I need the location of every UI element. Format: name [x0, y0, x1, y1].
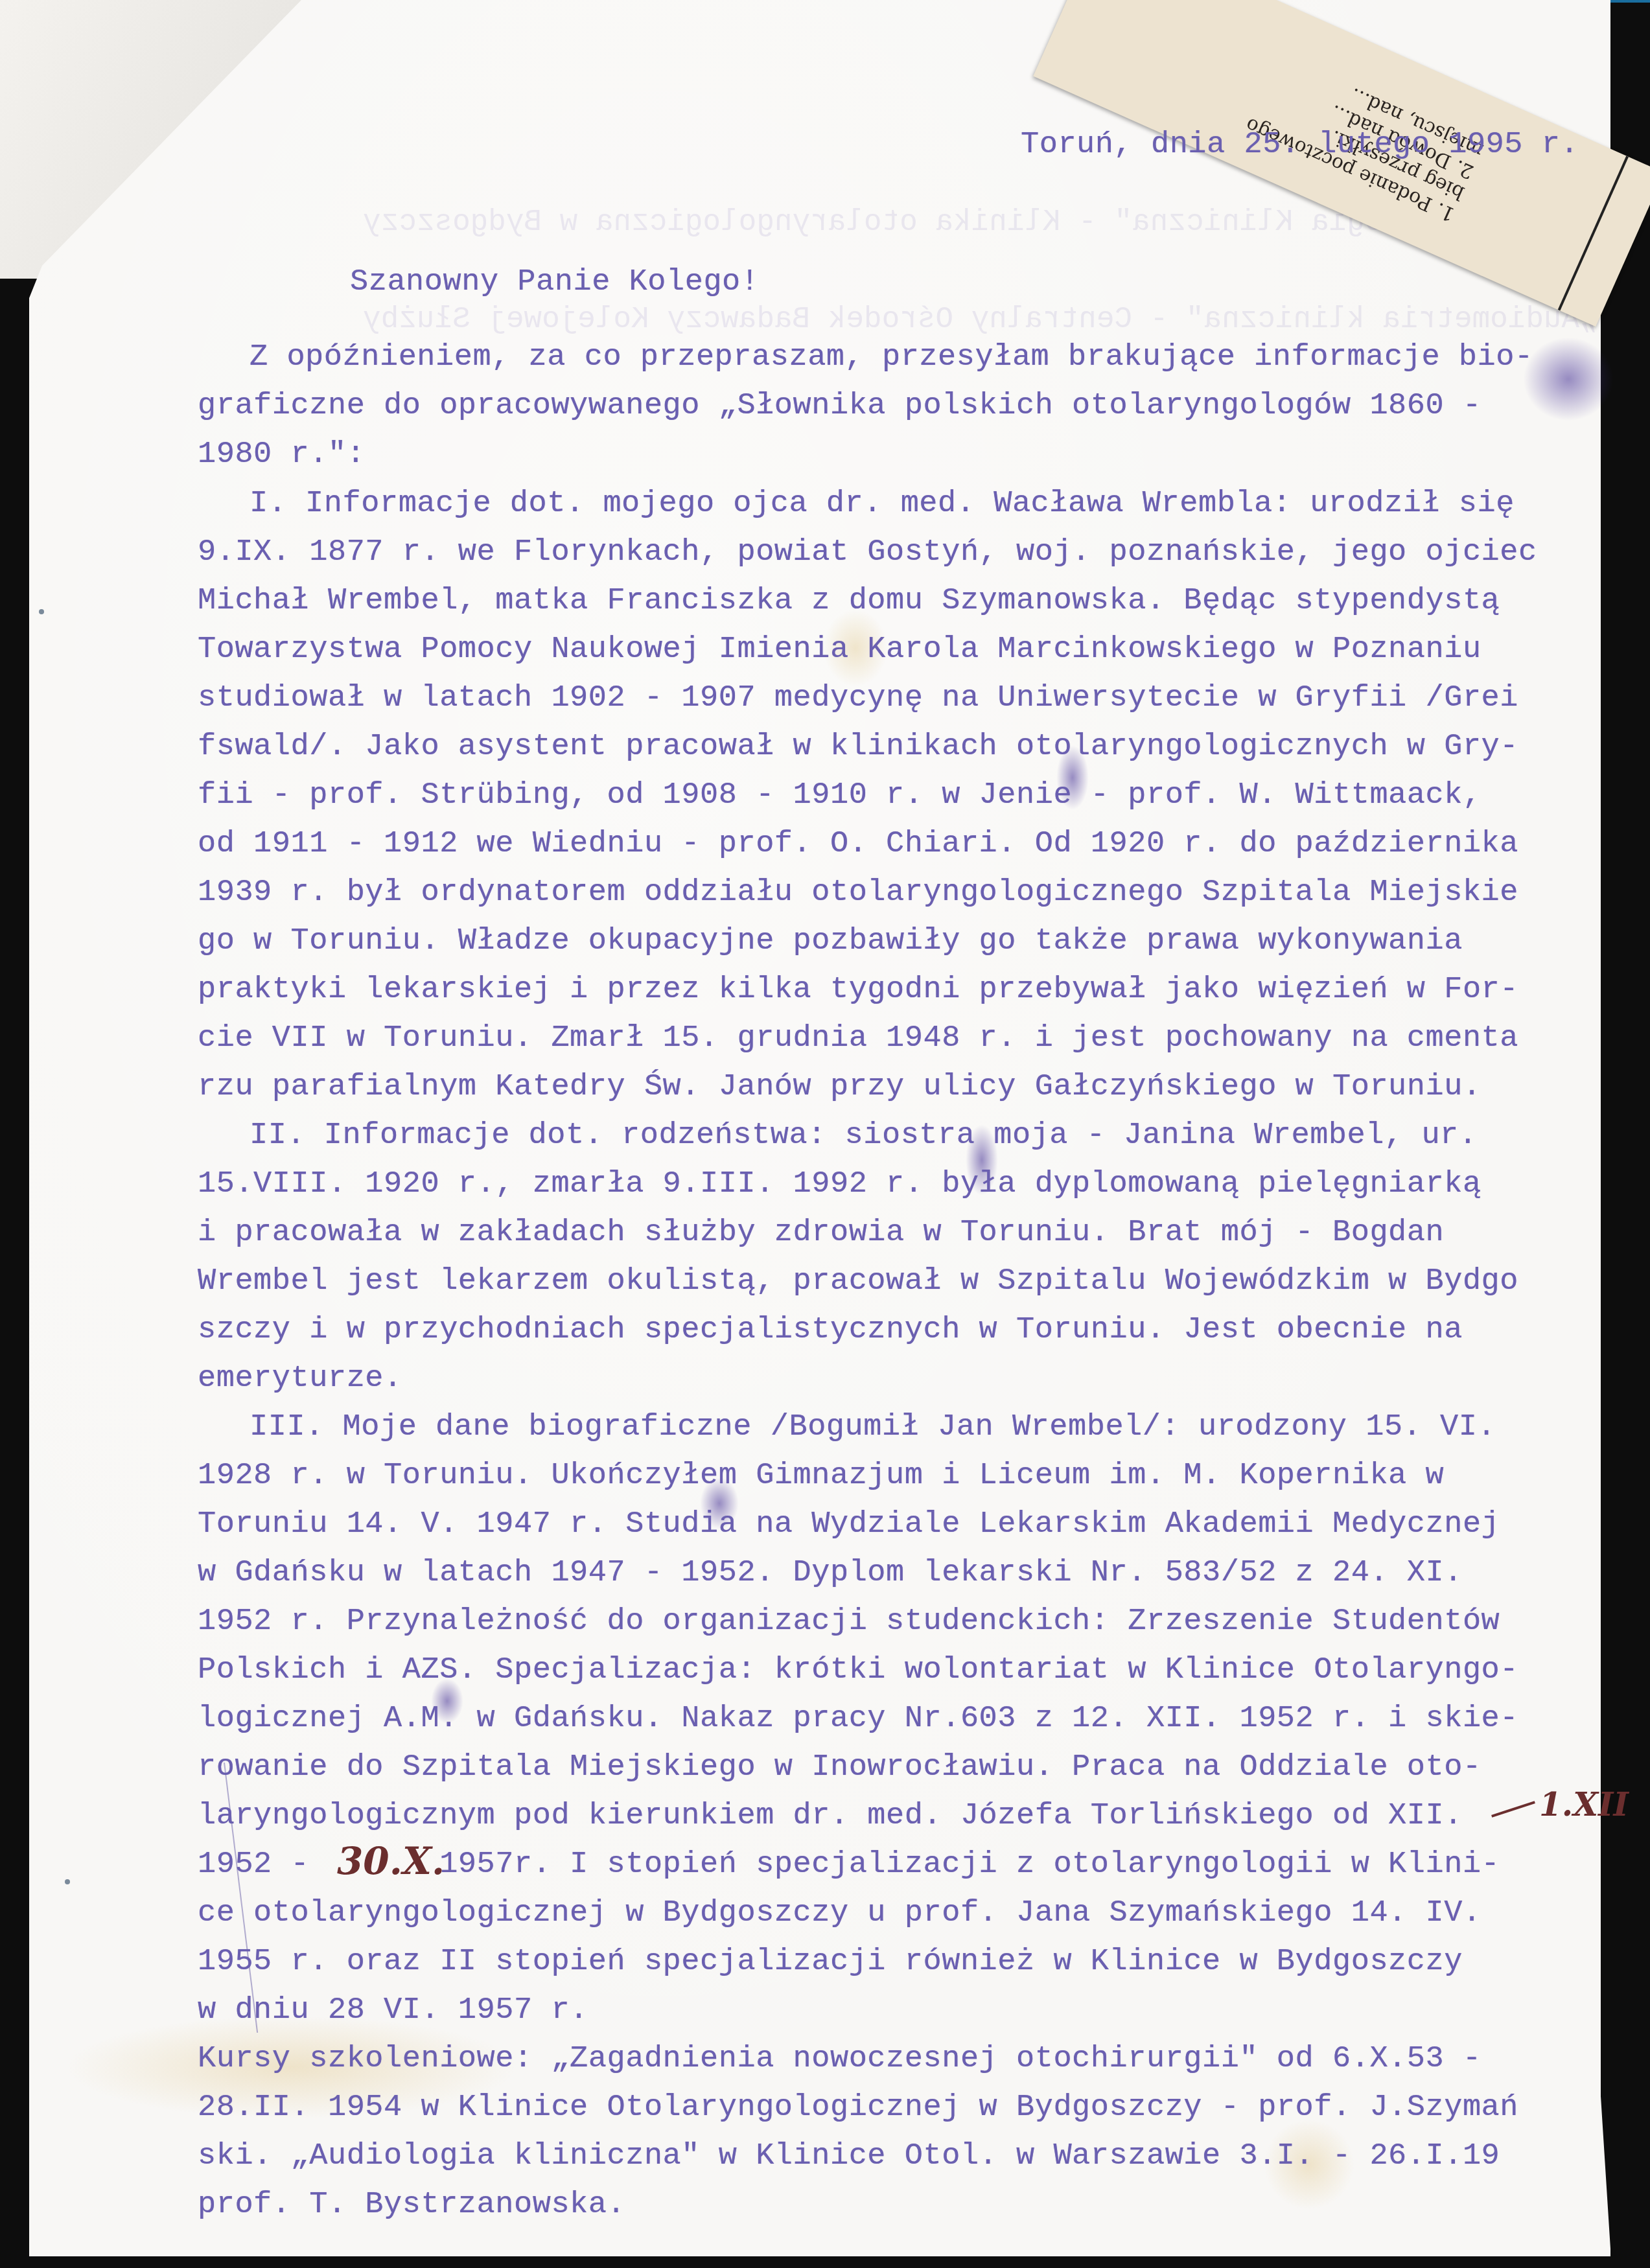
text-line: ski. „Audiologia kliniczna" w Klinice Ot… [198, 2141, 1500, 2171]
text-line: fii - prof. Strübing, od 1908 - 1910 r. … [198, 780, 1482, 811]
text-line: graficzne do opracowywanego „Słownika po… [198, 391, 1482, 421]
text-line: Polskich i AZS. Specjalizacja: krótki wo… [198, 1655, 1518, 1685]
text-line: rowanie do Szpitala Miejskiego w Inowroc… [198, 1752, 1482, 1783]
text-line: Wrembel jest lekarzem okulistą, pracował… [198, 1266, 1518, 1297]
text-line: od 1911 - 1912 we Wiedniu - prof. O. Chi… [198, 829, 1518, 859]
greeting: Szanowny Panie Kolego! [350, 267, 760, 297]
text-line: Z opóźnieniem, za co przepraszam, przesy… [250, 342, 1533, 373]
text-line: cie VII w Toruniu. Zmarł 15. grudnia 194… [198, 1023, 1518, 1054]
text-line: Michał Wrembel, matka Franciszka z domu … [198, 586, 1500, 616]
text-line: emeryturze. [198, 1363, 402, 1394]
text-line: 1939 r. był ordynatorem oddziału otolary… [198, 877, 1518, 908]
text-line: logicznej A.M. w Gdańsku. Nakaz pracy Nr… [198, 1704, 1518, 1734]
text-line: 1955 r. oraz II stopień specjalizacji ró… [198, 1947, 1463, 1977]
text-line: 1952 r. Przynależność do organizacji stu… [198, 1606, 1500, 1637]
text-line: w dniu 28 VI. 1957 r. [198, 1995, 588, 2026]
text-line: 28.II. 1954 w Klinice Otolaryngologiczne… [198, 2092, 1518, 2123]
text-line: rzu parafialnym Katedry Św. Janów przy u… [198, 1072, 1482, 1102]
place-date: Toruń, dnia 25. lutego 1995 r. [1021, 130, 1579, 160]
text-line: w Gdańsku w latach 1947 - 1952. Dyplom l… [198, 1558, 1463, 1588]
handwritten-correction: 1.XII [1539, 1785, 1629, 1823]
text-line: praktyki lekarskiej i przez kilka tygodn… [198, 975, 1518, 1005]
text-line: laryngologicznym pod kierunkiem dr. med.… [198, 1801, 1463, 1831]
section-heading-line: II. Informacje dot. rodzeństwa: siostra … [250, 1120, 1478, 1151]
section-heading-line: I. Informacje dot. mojego ojca dr. med. … [250, 489, 1515, 519]
text-line: 9.IX. 1877 r. we Florynkach, powiat Gost… [198, 537, 1537, 568]
text-line: Toruniu 14. V. 1947 r. Studia na Wydzial… [198, 1509, 1500, 1540]
letter-body: Toruń, dnia 25. lutego 1995 r. Szanowny … [0, 0, 1650, 2268]
text-line: Kursy szkoleniowe: „Zagadnienia nowoczes… [198, 2044, 1482, 2074]
text-line: i pracowała w zakładach służby zdrowia w… [198, 1218, 1444, 1248]
text-line: go w Toruniu. Władze okupacyjne pozbawił… [198, 926, 1463, 956]
text-line: prof. T. Bystrzanowska. [198, 2190, 625, 2220]
section-heading-line: III. Moje dane biograficzne /Bogumił Jan… [250, 1412, 1496, 1442]
text-line: 15.VIII. 1920 r., zmarła 9.III. 1992 r. … [198, 1169, 1482, 1199]
text-line: studiował w latach 1902 - 1907 medycynę … [198, 683, 1518, 713]
text-line: fswald/. Jako asystent pracował w klinik… [198, 732, 1518, 762]
text-line: 1928 r. w Toruniu. Ukończyłem Gimnazjum … [198, 1461, 1444, 1491]
text-line: szczy i w przychodniach specjalistycznyc… [198, 1315, 1463, 1345]
text-line: 1980 r.": [198, 439, 365, 470]
text-line: Towarzystwa Pomocy Naukowej Imienia Karo… [198, 634, 1482, 665]
text-line: ce otolaryngologicznej w Bydgoszczy u pr… [198, 1898, 1482, 1928]
handwritten-correction: 30.X. [337, 1839, 445, 1883]
